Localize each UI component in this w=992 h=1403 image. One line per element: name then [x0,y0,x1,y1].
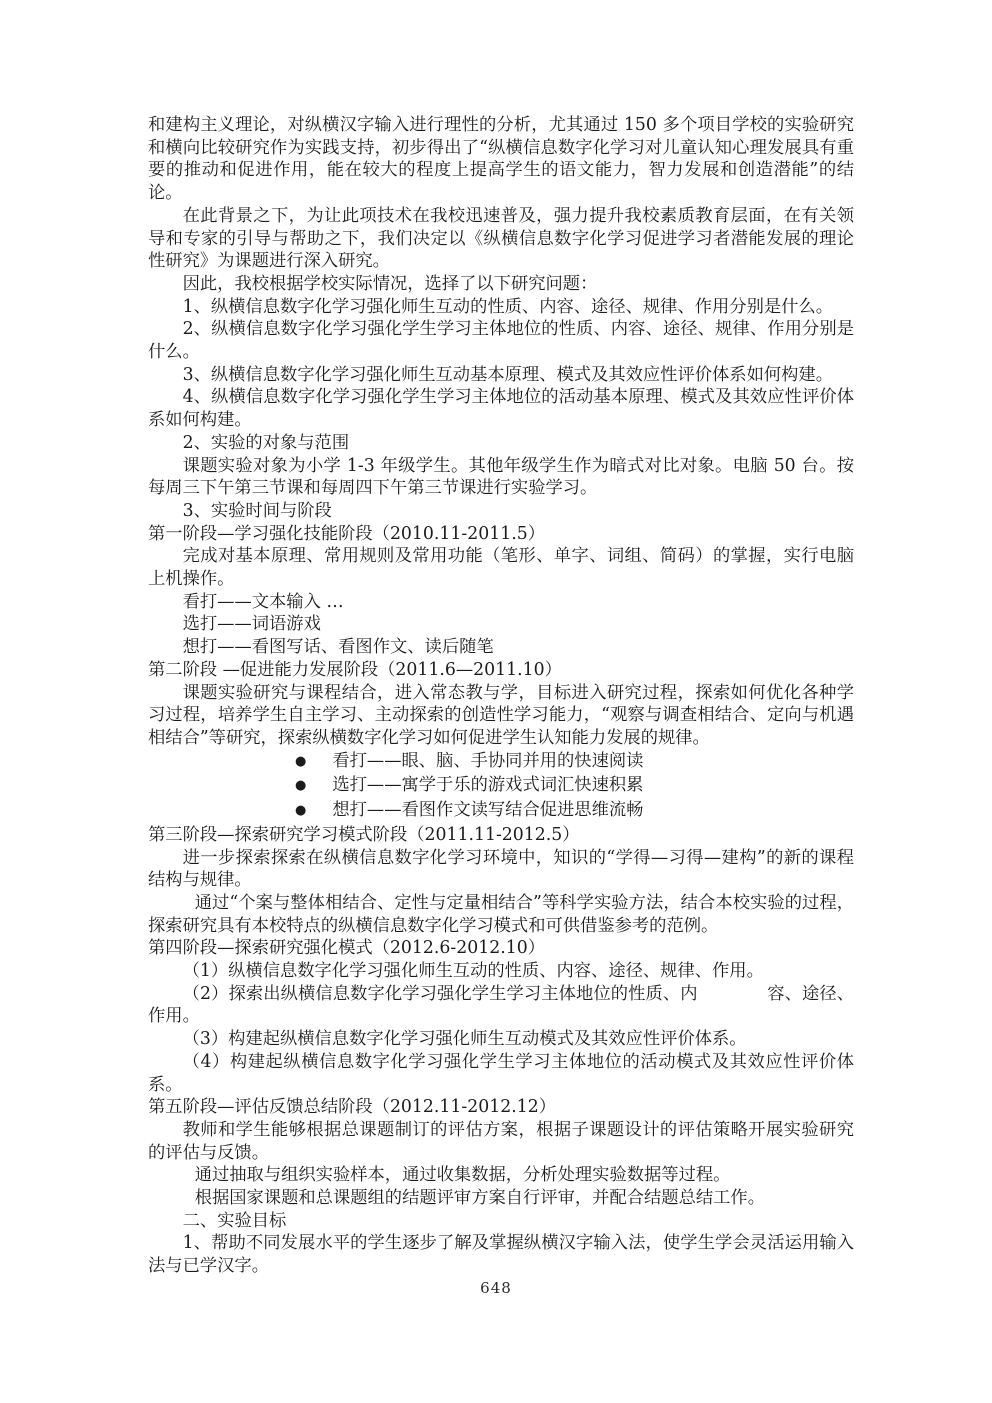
bullet-icon: ● [295,751,306,774]
paragraph: 因此，我校根据学校实际情况，选择了以下研究问题： [148,273,854,296]
paragraph: 第三阶段—探索研究学习模式阶段（2011.11-2012.5） [148,824,854,847]
paragraph: 1、纵横信息数字化学习强化师生互动的性质、内容、途径、规律、作用分别是什么。 [148,296,854,319]
paragraph: 在此背景之下，为让此项技术在我校迅速普及，强力提升我校素质教育层面，在有关领导和… [148,205,854,273]
paragraph: 2、实验的对象与范围 [148,432,854,455]
bullet-text: 想打——看图作文读写结合促进思维流畅 [332,800,643,820]
paragraph: 1、帮助不同发展水平的学生逐步了解及掌握纵横汉字输入法，使学生学会灵活运用输入法… [148,1232,854,1277]
paragraph: （4）构建起纵横信息数字化学习强化学生学习主体地位的活动模式及其效应性评价体系。 [148,1051,854,1096]
paragraph: 通过抽取与组织实验样本，通过收集数据，分析处理实验数据等过程。 [148,1164,854,1187]
paragraph: 第一阶段—学习强化技能阶段（2010.11-2011.5） [148,523,854,546]
paragraph: 3、实验时间与阶段 [148,500,854,523]
paragraph: 第二阶段 —促进能力发展阶段（2011.6—2011.10） [148,659,854,682]
bullet-text: 选打——寓学于乐的游戏式词汇快速积累 [332,775,643,795]
paragraph: 教师和学生能够根据总课题制订的评估方案，根据子课题设计的评估策略开展实验研究的评… [148,1119,854,1164]
paragraph: （3）构建起纵横信息数字化学习强化师生互动模式及其效应性评价体系。 [148,1028,854,1051]
paragraph: 3、纵横信息数字化学习强化师生互动基本原理、模式及其效应性评价体系如何构建。 [148,364,854,387]
paragraph: 选打——词语游戏 [148,613,854,636]
paragraph: 想打——看图写话、看图作文、读后随笔 [148,636,854,659]
paragraph: 课题实验对象为小学 1-3 年级学生。其他年级学生作为暗式对比对象。电脑 50 … [148,455,854,500]
bullet-icon: ● [295,800,306,823]
document-body: 和建构主义理论，对纵横汉字输入进行理性的分析，尤其通过 150 多个项目学校的实… [148,114,854,1278]
paragraph: 第四阶段—探索研究强化模式（2012.6-2012.10） [148,937,854,960]
paragraph: 二、实验目标 [148,1210,854,1233]
bullet-item: ●选打——寓学于乐的游戏式词汇快速积累 [148,774,854,799]
paragraph: （2）探索出纵横信息数字化学习强化学生学习主体地位的性质、内 容、途径、作用。 [148,983,854,1028]
paragraph: 4、纵横信息数字化学习强化学生学习主体地位的活动基本原理、模式及其效应性评价体系… [148,386,854,431]
paragraph: 第五阶段—评估反馈总结阶段（2012.11-2012.12） [148,1096,854,1119]
paragraph: 通过“个案与整体相结合、定性与定量相结合”等科学实验方法，结合本校实验的过程，探… [148,892,854,937]
bullet-item: ●看打——眼、脑、手协同并用的快速阅读 [148,750,854,775]
paragraph: 进一步探索探索在纵横信息数字化学习环境中，知识的“学得—习得—建构”的新的课程结… [148,847,854,892]
bullet-icon: ● [295,775,306,798]
bullet-text: 看打——眼、脑、手协同并用的快速阅读 [332,751,643,771]
paragraph: 看打——文本输入 … [148,591,854,614]
document-page: 和建构主义理论，对纵横汉字输入进行理性的分析，尤其通过 150 多个项目学校的实… [0,0,992,1403]
page-number: 648 [0,1279,992,1297]
paragraph: 2、纵横信息数字化学习强化学生学习主体地位的性质、内容、途径、规律、作用分别是什… [148,318,854,363]
paragraph: （1）纵横信息数字化学习强化师生互动的性质、内容、途径、规律、作用。 [148,960,854,983]
bullet-item: ●想打——看图作文读写结合促进思维流畅 [148,799,854,824]
paragraph: 和建构主义理论，对纵横汉字输入进行理性的分析，尤其通过 150 多个项目学校的实… [148,114,854,205]
paragraph: 课题实验研究与课程结合，进入常态教与学，目标进入研究过程，探索如何优化各种学习过… [148,682,854,750]
paragraph: 根据国家课题和总课题组的结题评审方案自行评审，并配合结题总结工作。 [148,1187,854,1210]
paragraph: 完成对基本原理、常用规则及常用功能（笔形、单字、词组、简码）的掌握，实行电脑上机… [148,545,854,590]
